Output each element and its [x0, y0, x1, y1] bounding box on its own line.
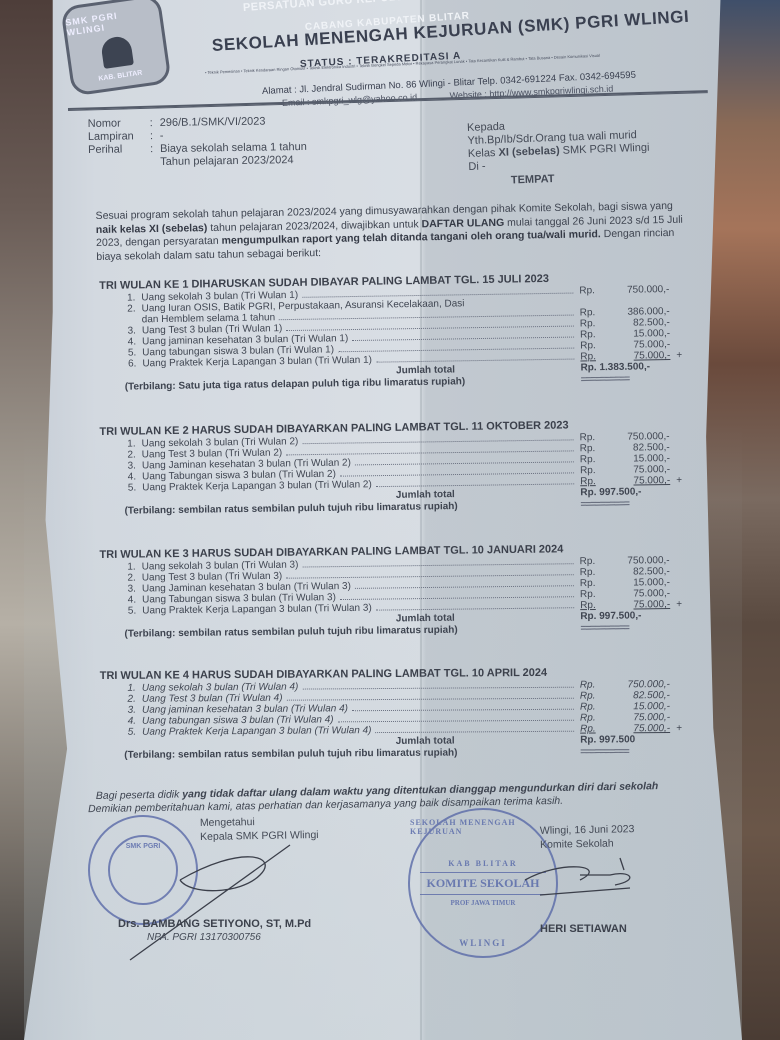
item-currency: Rp. [580, 556, 608, 567]
logo-ring-text: SMK PGRI WLINGI [65, 4, 161, 37]
dot-leader [376, 731, 575, 733]
item-number: 2. [124, 449, 142, 460]
item-number: 1. [124, 438, 142, 449]
meta-label: Perihal [88, 143, 150, 157]
sig-right-name: HERI SETIAWAN [540, 923, 627, 935]
total-in-words: (Terbilang: sembilan ratus sembilan pulu… [100, 747, 580, 762]
dot-leader [355, 585, 574, 589]
item-amount: 75.000,- [608, 588, 670, 600]
meta-label: Lampiran [88, 130, 150, 144]
item-number: 2. [123, 303, 141, 314]
item-number: 1. [124, 561, 142, 572]
recipient-class-bold: XI (sebelas) [498, 145, 560, 159]
school-logo: SMK PGRI WLINGI KAB. BLITAR [60, 0, 172, 97]
logo-emblem-icon [100, 34, 134, 68]
dot-leader [376, 483, 574, 487]
item-number: 5. [124, 727, 142, 738]
item-currency: Rp. [580, 351, 608, 362]
sig-left-name: Drs. BAMBANG SETIYONO, ST, M.Pd [118, 918, 311, 930]
recipient-class-suffix: SMK PGRI Wlingi [562, 142, 649, 157]
item-amount: 15.000,- [608, 577, 670, 589]
item-currency: Rp. [580, 690, 608, 701]
item-number: 5. [124, 605, 142, 616]
item-currency: Rp. [580, 600, 608, 611]
item-amount: 15.000,- [608, 701, 670, 712]
stamp-prof-text: PROF JAWA TIMUR [451, 899, 516, 907]
item-currency: Rp. [580, 679, 608, 690]
stamp-main-text: KOMITE SEKOLAH [420, 872, 545, 895]
item-number: 3. [124, 325, 142, 336]
item-currency: Rp. [580, 443, 608, 454]
item-amount: 750.000,- [607, 431, 669, 443]
item-number: 3. [124, 460, 142, 471]
signature-left-block: Mengetahui Kepala SMK PGRI Wlingi [200, 814, 319, 844]
sum-marker: + [670, 475, 690, 486]
item-number: 4. [124, 471, 142, 482]
item-number: 2. [124, 572, 142, 583]
double-rule: ========== [581, 373, 691, 387]
item-number: 2. [124, 694, 142, 705]
committee-stamp: SEKOLAH MENENGAH KEJURUAN KAB BLITAR KOM… [408, 808, 558, 958]
dot-leader [340, 596, 574, 600]
item-currency: Rp. [580, 701, 608, 712]
recipient-block: Kepada Yth.Bp/Ib/Sdr.Orang tua wali muri… [467, 116, 651, 189]
item-number: 4. [124, 594, 142, 605]
item-number: 4. [124, 716, 142, 727]
item-currency: Rp. [580, 465, 608, 476]
item-currency: Rp. [580, 318, 608, 329]
letterhead-org-line: PERSATUAN GURU REPUBLIK INDONESIA JAWA T… [243, 0, 563, 14]
sig-left-id: NPA. PGRI 13170300756 [147, 932, 261, 943]
logo-bottom-text: KAB. BLITAR [98, 69, 143, 82]
dot-leader [376, 607, 574, 610]
item-currency: Rp. [580, 476, 608, 487]
item-amount: 75.000,- [608, 464, 670, 476]
stamp-bottom-text: WLINGI [459, 938, 507, 948]
item-amount: 750.000,- [608, 679, 670, 690]
item-number: 3. [124, 583, 142, 594]
dot-leader [352, 709, 574, 712]
meta-label: Nomor [88, 117, 150, 131]
item-amount: 750.000,- [608, 555, 670, 567]
meta-separator: : [150, 143, 160, 156]
total-value: Rp. 997.500 [580, 734, 690, 747]
meta-separator: : [150, 130, 160, 143]
item-number: 5. [124, 482, 142, 493]
sig-left-title: Kepala SMK PGRI Wlingi [200, 828, 319, 844]
item-currency: Rp. [580, 329, 608, 340]
item-currency: Rp. [580, 712, 608, 723]
fee-section-4: TRI WULAN KE 4 HARUS SUDAH DIBAYARKAN PA… [100, 666, 691, 762]
item-currency: Rp. [580, 723, 608, 734]
stamp-text: SMK PGRI [108, 835, 178, 905]
item-amount: 750.000,- [607, 284, 669, 296]
fee-section-1: TRI WULAN KE 1 DIHARUSKAN SUDAH DIBAYAR … [99, 271, 691, 394]
dot-leader [338, 720, 574, 723]
item-number: 4. [124, 336, 142, 347]
item-amount: 75.000,- [608, 712, 670, 723]
letter-meta: Nomor : 296/B.1/SMK/VI/2023 Lampiran : -… [88, 115, 307, 170]
closing-paragraph: Bagi peserta didik yang tidak daftar ula… [96, 780, 686, 816]
double-rule: ========== [580, 622, 690, 635]
item-amount: 75.000,- [608, 723, 670, 734]
fee-section-2: TRI WULAN KE 2 HARUS SUDAH DIBAYARKAN PA… [99, 418, 690, 518]
sum-marker: + [670, 599, 690, 610]
item-currency: Rp. [579, 432, 607, 443]
meta-value: - [160, 130, 164, 143]
item-currency: Rp. [579, 285, 607, 296]
dot-leader [302, 687, 573, 690]
sum-marker: + [670, 350, 690, 361]
intro-paragraph: Sesuai program sekolah tahun pelajaran 2… [96, 200, 687, 264]
stamp-kab-text: KAB BLITAR [448, 859, 517, 868]
sig-right-date: Wlingi, 16 Juni 2023 [540, 822, 635, 838]
item-amount: 75.000,- [608, 599, 670, 611]
item-number: 1. [123, 292, 141, 303]
item-currency: Rp. [580, 589, 608, 600]
school-stamp: SMK PGRI [88, 815, 198, 925]
item-currency: Rp. [580, 340, 608, 351]
item-amount: 82.500,- [608, 690, 670, 701]
sum-marker: + [670, 723, 690, 734]
item-number: 5. [124, 347, 142, 358]
item-currency: Rp. [580, 307, 608, 318]
item-number: 3. [124, 705, 142, 716]
meta-separator: : [150, 117, 160, 130]
item-currency: Rp. [580, 578, 608, 589]
item-amount: 75.000,- [608, 475, 670, 487]
stamp-ring-text: SEKOLAH MENENGAH KEJURUAN [410, 818, 556, 836]
item-currency: Rp. [580, 454, 608, 465]
item-amount: 82.500,- [608, 442, 670, 454]
signature-right-block: Wlingi, 16 Juni 2023 Komite Sekolah [540, 822, 635, 852]
dot-leader [287, 698, 574, 701]
meta-value: 296/B.1/SMK/VI/2023 [160, 116, 266, 130]
double-rule: ========== [580, 746, 690, 759]
sig-right-title: Komite Sekolah [540, 836, 635, 852]
item-currency: Rp. [580, 567, 608, 578]
recipient-class-prefix: Kelas [468, 147, 496, 160]
intro-bold: naik kelas XI (sebelas) [96, 222, 208, 236]
item-amount: 82.500,- [608, 566, 670, 578]
item-number: 6. [124, 358, 142, 369]
item-number: 1. [124, 683, 142, 694]
fee-section-3: TRI WULAN KE 3 HARUS SUDAH DIBAYARKAN PA… [99, 542, 690, 641]
item-amount: 15.000,- [608, 453, 670, 465]
closing-text: Bagi peserta didik [96, 789, 180, 802]
intro-bold: DAFTAR ULANG [421, 216, 504, 229]
double-rule: ========== [580, 498, 690, 512]
letter-document: SMK PGRI WLINGI KAB. BLITAR PERSATUAN GU… [0, 0, 780, 1040]
